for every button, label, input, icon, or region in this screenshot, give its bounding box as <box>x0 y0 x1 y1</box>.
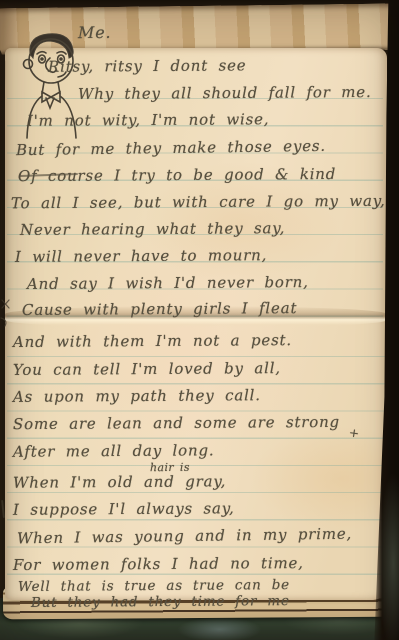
poem-line: Ritsy, ritsy I dont see <box>48 56 247 75</box>
poem-line: I'm not wity, I'm not wise, <box>27 110 269 130</box>
poem-line: I suppose I'l always say, <box>13 499 235 519</box>
poem-line: After me all day long. <box>13 441 215 460</box>
doodle-eyebrow-right <box>57 52 66 54</box>
margin-pen-squiggle <box>0 296 14 330</box>
sketch-label: Me. <box>78 24 111 42</box>
doodle-collar <box>46 98 54 108</box>
doodle-bow-tie <box>42 92 60 102</box>
poem-line: Some are lean and some are strong <box>13 413 340 433</box>
doodle-ear <box>24 60 33 69</box>
poem-line: But they had they time for me <box>31 592 290 612</box>
poem-line: As upon my path they call. <box>13 386 261 406</box>
poem-line: Never hearing what they say, <box>20 219 285 239</box>
doodle-neck <box>42 82 60 94</box>
poem-line: Why they all should fall for me. <box>78 83 372 103</box>
doodle-eyebrow-left <box>37 52 46 54</box>
poem-line: I will never have to mourn, <box>15 246 267 266</box>
doodle-pupil-left <box>41 58 43 60</box>
poem-line: When I'm old and gray, <box>13 472 226 491</box>
poem-line: To all I see, but with care I go my way, <box>11 192 386 213</box>
poem-line: And say I wish I'd never born, <box>27 273 309 293</box>
notebook-photo: Me. Ritsy, ritsy I dont see Why they all… <box>0 0 399 640</box>
poem-line: Cause with plenty girls I fleat <box>22 299 297 319</box>
poem-line: And with them I'm not a pest. <box>13 331 292 351</box>
poem-line: You can tell I'm loved by all, <box>13 359 281 379</box>
poem-line: For women folks I had no time, <box>13 554 304 574</box>
